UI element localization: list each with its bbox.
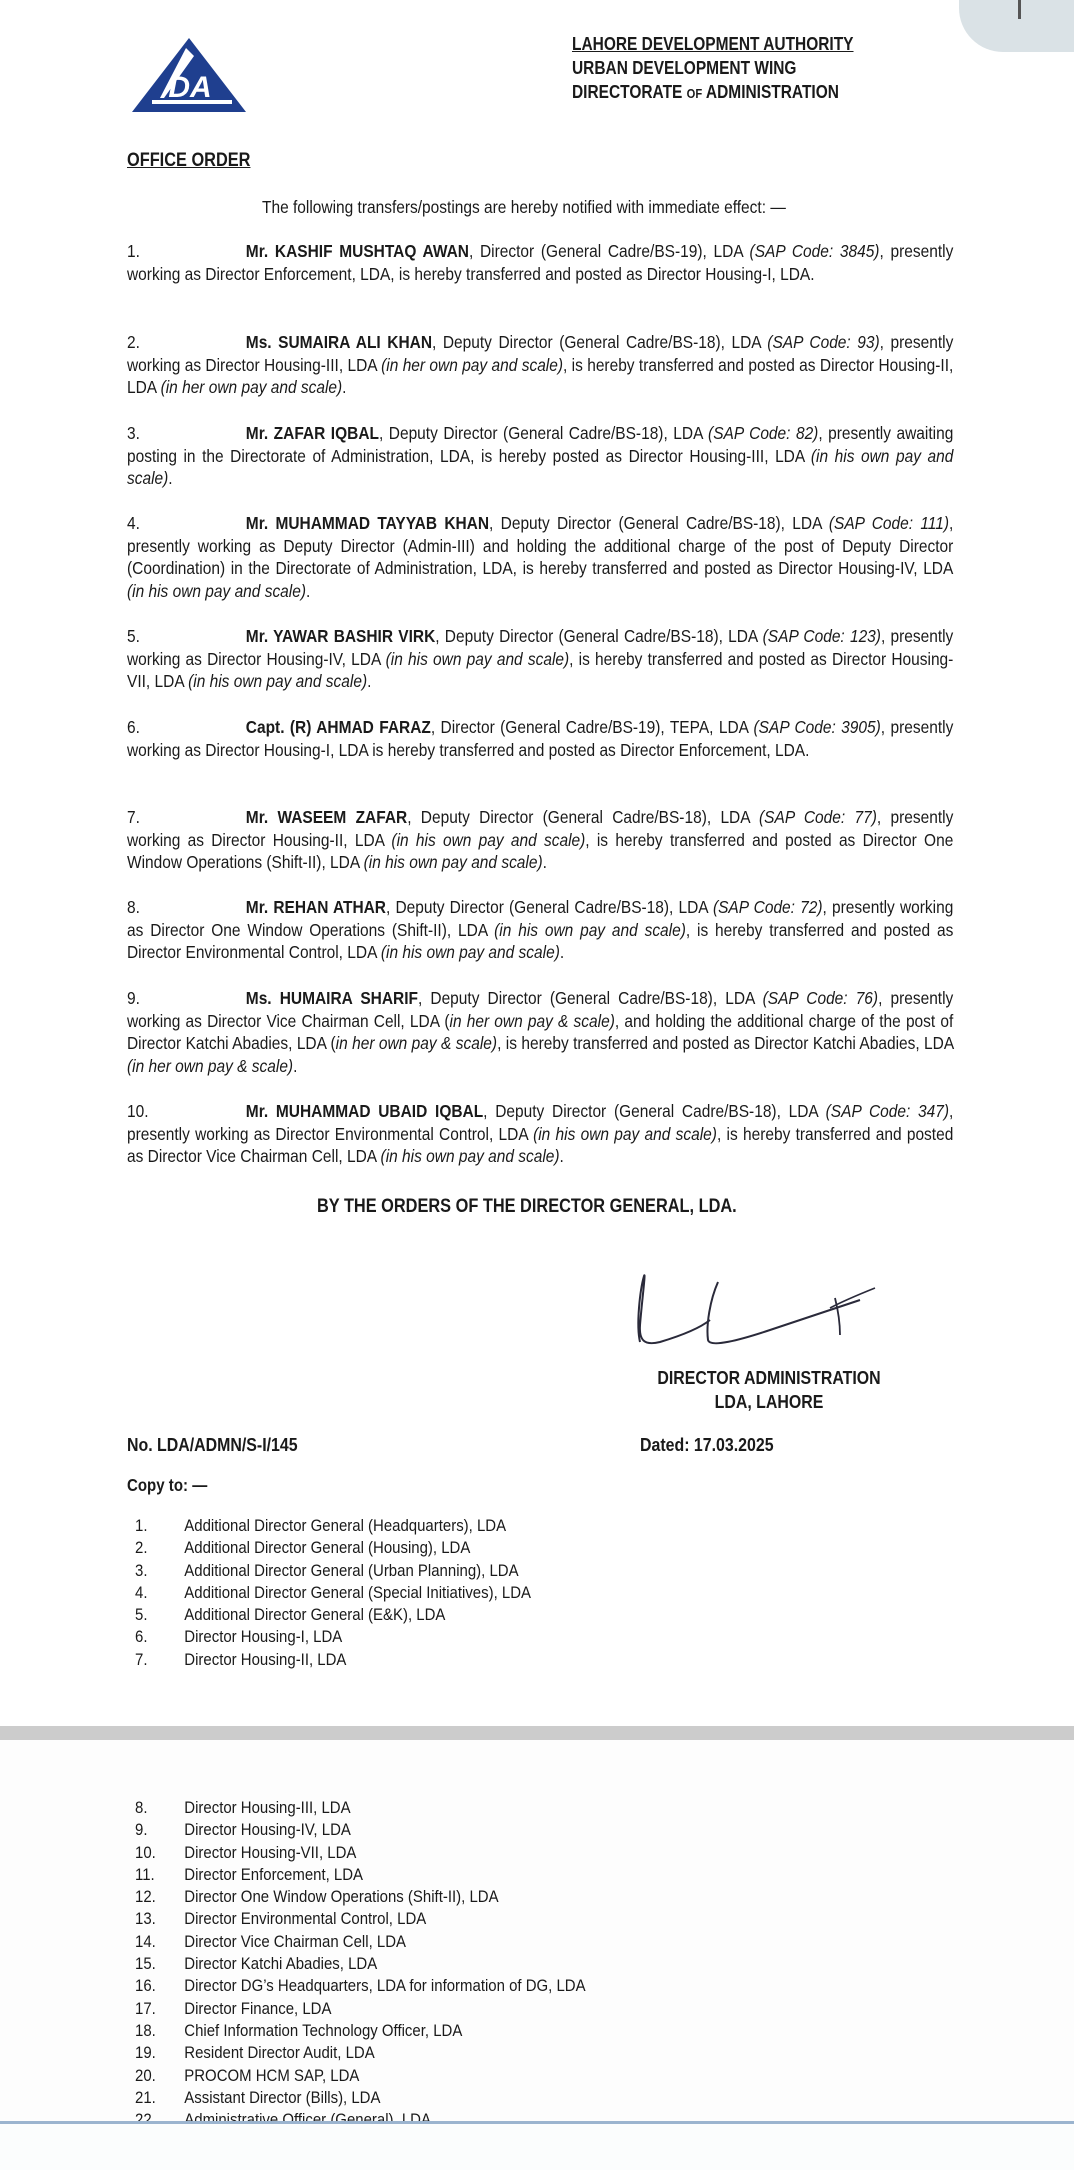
signature bbox=[630, 1270, 910, 1350]
signatory-place: LDA, LAHORE bbox=[640, 1390, 898, 1414]
copy-to-item: 20.PROCOM HCM SAP, LDA bbox=[135, 2065, 586, 2087]
document-page-2: 8.Director Housing-III, LDA9.Director Ho… bbox=[0, 1740, 1074, 2121]
officer-name: Mr. ZAFAR IQBAL bbox=[246, 423, 379, 443]
copy-to-item: 15.Director Katchi Abadies, LDA bbox=[135, 1953, 586, 1975]
copy-to-item: 22.Administrative Officer (General), LDA bbox=[135, 2109, 586, 2121]
intro-text: The following transfers/postings are her… bbox=[262, 196, 786, 219]
copy-to-item: 4.Additional Director General (Special I… bbox=[135, 1582, 531, 1604]
copy-to-list-page-2: 8.Director Housing-III, LDA9.Director Ho… bbox=[135, 1797, 586, 2121]
copy-to-item: 14.Director Vice Chairman Cell, LDA bbox=[135, 1931, 586, 1953]
copy-to-item: 19.Resident Director Audit, LDA bbox=[135, 2042, 586, 2064]
copy-to-item: 5.Additional Director General (E&K), LDA bbox=[135, 1604, 531, 1626]
copy-to-item: 9.Director Housing-IV, LDA bbox=[135, 1819, 586, 1841]
copy-to-item: 18.Chief Information Technology Officer,… bbox=[135, 2020, 586, 2042]
page-separator bbox=[0, 1726, 1074, 1740]
lda-logo-icon: DA bbox=[130, 36, 248, 114]
order-item: 10.Mr. MUHAMMAD UBAID IQBAL, Deputy Dire… bbox=[127, 1100, 953, 1168]
sap-code: (SAP Code: 3845) bbox=[750, 241, 880, 261]
item-number: 7. bbox=[127, 806, 246, 829]
date: Dated: 17.03.2025 bbox=[640, 1434, 774, 1456]
sap-code: (SAP Code: 3905) bbox=[754, 717, 881, 737]
reference-number: No. LDA/ADMN/S-I/145 bbox=[127, 1434, 298, 1456]
officer-name: Mr. MUHAMMAD UBAID IQBAL bbox=[246, 1101, 483, 1121]
item-number: 8. bbox=[127, 896, 246, 919]
directorate-name: DIRECTORATE OF ADMINISTRATION bbox=[572, 80, 854, 106]
officer-name: Mr. REHAN ATHAR bbox=[246, 897, 386, 917]
document-viewer[interactable]: DA LAHORE DEVELOPMENT AUTHORITY URBAN DE… bbox=[0, 0, 1074, 2121]
item-number: 9. bbox=[127, 987, 246, 1010]
item-number: 5. bbox=[127, 625, 246, 648]
order-item: 7.Mr. WASEEM ZAFAR, Deputy Director (Gen… bbox=[127, 806, 953, 874]
copy-to-list-page-1: 1.Additional Director General (Headquart… bbox=[135, 1515, 531, 1671]
letterhead: LAHORE DEVELOPMENT AUTHORITY URBAN DEVEL… bbox=[572, 32, 854, 106]
sap-code: (SAP Code: 82) bbox=[708, 423, 818, 443]
officer-name: Mr. MUHAMMAD TAYYAB KHAN bbox=[246, 513, 489, 533]
copy-to-item: 3.Additional Director General (Urban Pla… bbox=[135, 1560, 531, 1582]
copy-to-label: Copy to: — bbox=[127, 1475, 207, 1496]
officer-name: Mr. WASEEM ZAFAR bbox=[246, 807, 407, 827]
copy-to-item: 10.Director Housing-VII, LDA bbox=[135, 1842, 586, 1864]
order-item: 3.Mr. ZAFAR IQBAL, Deputy Director (Gene… bbox=[127, 422, 953, 490]
copy-to-item: 11.Director Enforcement, LDA bbox=[135, 1864, 586, 1886]
copy-to-item: 6.Director Housing-I, LDA bbox=[135, 1626, 531, 1648]
order-item: 1.Mr. KASHIF MUSHTAQ AWAN, Director (Gen… bbox=[127, 240, 953, 285]
org-name: LAHORE DEVELOPMENT AUTHORITY bbox=[572, 32, 854, 56]
svg-text:DA: DA bbox=[168, 71, 211, 104]
item-number: 3. bbox=[127, 422, 246, 445]
sap-code: (SAP Code: 76) bbox=[763, 988, 878, 1008]
orders-line: BY THE ORDERS OF THE DIRECTOR GENERAL, L… bbox=[317, 1196, 737, 1218]
signatory-title: DIRECTOR ADMINISTRATION bbox=[640, 1366, 898, 1390]
copy-to-item: 2.Additional Director General (Housing),… bbox=[135, 1537, 531, 1559]
sap-code: (SAP Code: 77) bbox=[759, 807, 877, 827]
item-number: 2. bbox=[127, 331, 246, 354]
order-item: 6.Capt. (R) AHMAD FARAZ, Director (Gener… bbox=[127, 716, 953, 761]
copy-to-item: 1.Additional Director General (Headquart… bbox=[135, 1515, 531, 1537]
copy-to-item: 17.Director Finance, LDA bbox=[135, 1998, 586, 2020]
document-page-1: DA LAHORE DEVELOPMENT AUTHORITY URBAN DE… bbox=[0, 0, 1074, 1726]
officer-name: Mr. YAWAR BASHIR VIRK bbox=[246, 626, 435, 646]
order-item: 8.Mr. REHAN ATHAR, Deputy Director (Gene… bbox=[127, 896, 953, 964]
order-item: 9.Ms. HUMAIRA SHARIF, Deputy Director (G… bbox=[127, 987, 953, 1077]
item-number: 10. bbox=[127, 1100, 246, 1123]
item-number: 1. bbox=[127, 240, 246, 263]
sap-code: (SAP Code: 72) bbox=[713, 897, 823, 917]
officer-name: Mr. KASHIF MUSHTAQ AWAN bbox=[246, 241, 469, 261]
wing-name: URBAN DEVELOPMENT WING bbox=[572, 56, 854, 80]
officer-name: Ms. HUMAIRA SHARIF bbox=[246, 988, 418, 1008]
sap-code: (SAP Code: 111) bbox=[829, 513, 949, 533]
copy-to-item: 21.Assistant Director (Bills), LDA bbox=[135, 2087, 586, 2109]
sap-code: (SAP Code: 123) bbox=[763, 626, 881, 646]
bottom-area bbox=[0, 2124, 1074, 2170]
signatory-block: DIRECTOR ADMINISTRATION LDA, LAHORE bbox=[640, 1366, 898, 1414]
copy-to-item: 16.Director DG’s Headquarters, LDA for i… bbox=[135, 1975, 586, 1997]
order-item: 4.Mr. MUHAMMAD TAYYAB KHAN, Deputy Direc… bbox=[127, 512, 953, 602]
order-item: 5.Mr. YAWAR BASHIR VIRK, Deputy Director… bbox=[127, 625, 953, 693]
officer-name: Ms. SUMAIRA ALI KHAN bbox=[246, 332, 432, 352]
item-number: 4. bbox=[127, 512, 246, 535]
officer-name: Capt. (R) AHMAD FARAZ bbox=[246, 717, 431, 737]
menu-button[interactable] bbox=[959, 0, 1074, 52]
sap-code: (SAP Code: 347) bbox=[826, 1101, 949, 1121]
sap-code: (SAP Code: 93) bbox=[767, 332, 879, 352]
copy-to-item: 12.Director One Window Operations (Shift… bbox=[135, 1886, 586, 1908]
item-number: 6. bbox=[127, 716, 246, 739]
document-title: OFFICE ORDER bbox=[127, 150, 250, 172]
copy-to-item: 8.Director Housing-III, LDA bbox=[135, 1797, 586, 1819]
order-item: 2.Ms. SUMAIRA ALI KHAN, Deputy Director … bbox=[127, 331, 953, 399]
copy-to-item: 7.Director Housing-II, LDA bbox=[135, 1649, 531, 1671]
copy-to-item: 13.Director Environmental Control, LDA bbox=[135, 1908, 586, 1930]
handle-icon bbox=[1018, 0, 1021, 19]
